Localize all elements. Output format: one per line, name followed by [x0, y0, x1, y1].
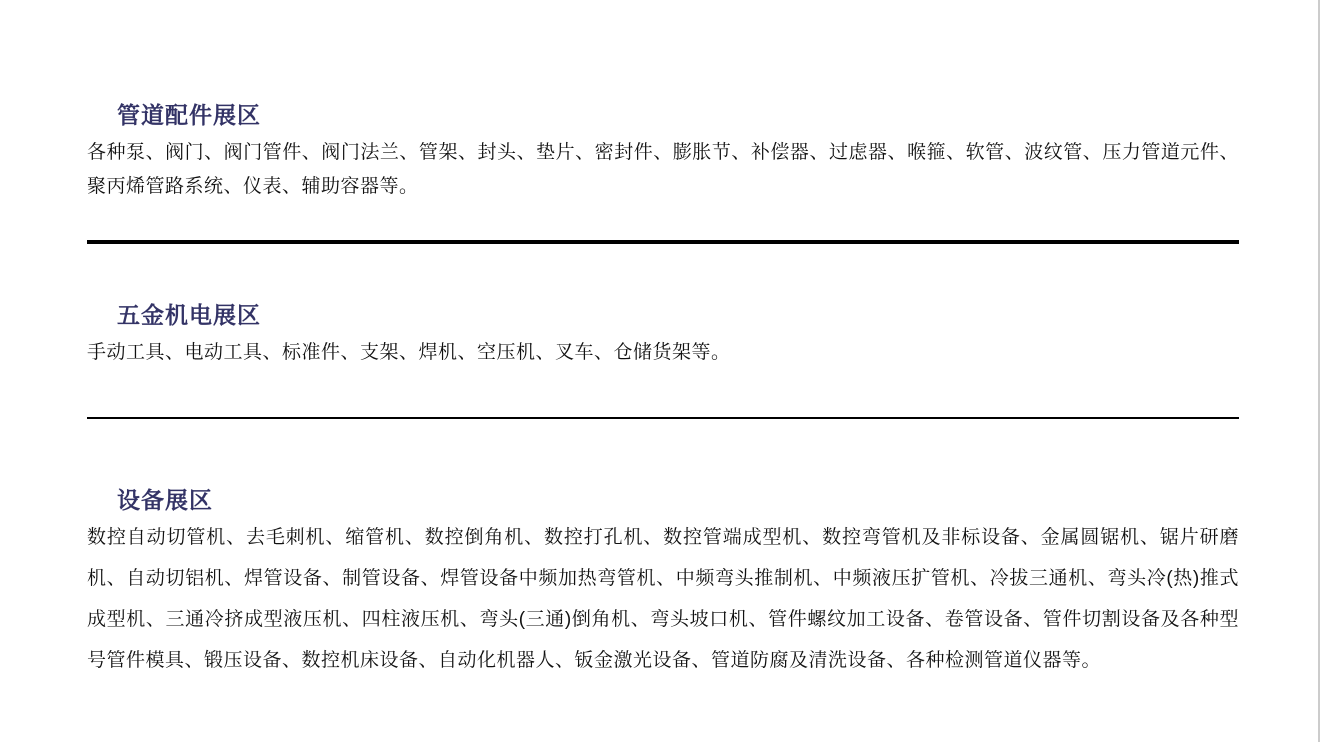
section-title-equipment: 设备展区 [87, 485, 1239, 515]
section-equipment: 设备展区 数控自动切管机、去毛刺机、缩管机、数控倒角机、数控打孔机、数控管端成型… [87, 485, 1239, 681]
section-body-pipeline-fittings: 各种泵、阀门、阀门管件、阀门法兰、管架、封头、垫片、密封件、膨胀节、补偿器、过虑… [87, 136, 1239, 204]
section-title-pipeline-fittings: 管道配件展区 [87, 100, 1239, 130]
section-divider-thin [87, 417, 1239, 419]
section-body-equipment: 数控自动切管机、去毛刺机、缩管机、数控倒角机、数控打孔机、数控管端成型机、数控弯… [87, 517, 1239, 681]
section-divider-thick [87, 240, 1239, 244]
section-hardware-electromechanical: 五金机电展区 手动工具、电动工具、标准件、支架、焊机、空压机、叉车、仓储货架等。 [87, 300, 1239, 370]
page: 管道配件展区 各种泵、阀门、阀门管件、阀门法兰、管架、封头、垫片、密封件、膨胀节… [0, 0, 1322, 742]
section-title-hardware-electromechanical: 五金机电展区 [87, 300, 1239, 330]
content-column: 管道配件展区 各种泵、阀门、阀门管件、阀门法兰、管架、封头、垫片、密封件、膨胀节… [87, 0, 1239, 681]
section-body-hardware-electromechanical: 手动工具、电动工具、标准件、支架、焊机、空压机、叉车、仓储货架等。 [87, 336, 1239, 370]
section-pipeline-fittings: 管道配件展区 各种泵、阀门、阀门管件、阀门法兰、管架、封头、垫片、密封件、膨胀节… [87, 100, 1239, 204]
page-right-edge-line [1318, 0, 1320, 742]
